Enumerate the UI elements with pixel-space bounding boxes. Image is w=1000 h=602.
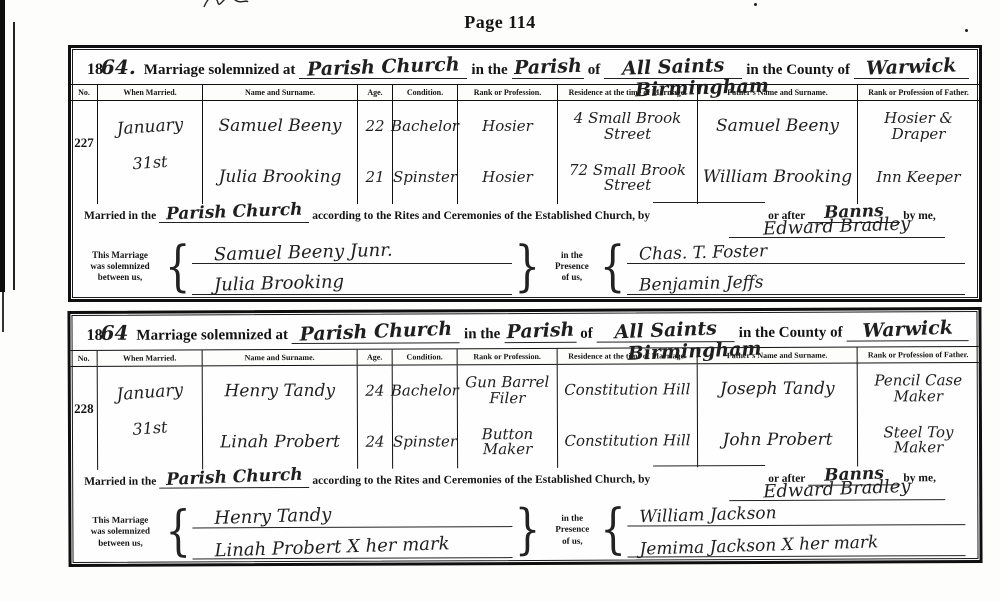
bride-father-name: John Probert	[698, 415, 857, 467]
presence-line1: in the	[546, 513, 598, 524]
col-when-married: When Married.	[98, 85, 203, 100]
entry-row-228: 228 January 31st Henry Tandy Linah Probe…	[71, 363, 979, 470]
witness2-line: Jemima Jackson X her mark	[628, 531, 966, 557]
in-the-label: in the	[460, 326, 504, 343]
year-handwritten: 64	[100, 321, 128, 345]
groom-signature: Samuel Beeny Junr.	[214, 239, 393, 265]
bride-age: 24	[358, 417, 392, 469]
groom-residence: Constitution Hill	[558, 364, 697, 416]
year: 1864.	[83, 55, 140, 79]
when-married-cell: January 31st	[98, 366, 203, 469]
couple-signatures: Henry Tandy Linah Probert X her mark	[193, 502, 513, 559]
year: 1864	[82, 321, 132, 345]
bride-signature-line: Julia Brooking	[192, 270, 512, 295]
officiant-signature: Edward Bradley	[729, 478, 945, 501]
couple-signatures: Samuel Beeny Junr. Julia Brooking	[192, 239, 512, 295]
entry-row-227: 227 January 31st Samuel Beeny Julia Broo…	[71, 101, 979, 204]
county-blank: Warwick	[854, 56, 969, 79]
col-name-surname: Name and Surname.	[203, 350, 358, 366]
place-value: Parish Church	[299, 318, 452, 346]
presence-label: in the Presence of us,	[546, 513, 598, 547]
witness2-signature: Jemima Jackson X her mark	[640, 532, 879, 559]
marriage-month: January	[97, 379, 202, 407]
in-the-label: in the	[467, 62, 511, 79]
according-label: according to the Rites and Ceremonies of…	[309, 210, 653, 222]
col-rank-profession: Rank or Profession.	[458, 349, 558, 364]
parish-name-blank: All SaintsBirmingham	[604, 56, 742, 79]
bride-residence: Constitution Hill	[558, 416, 697, 468]
parish-value: Parish	[513, 55, 582, 79]
col-rank-profession: Rank or Profession.	[458, 85, 558, 100]
groom-name: Samuel Beeny	[203, 101, 357, 153]
groom-signature: Henry Tandy	[215, 504, 333, 529]
witness2-signature: Benjamin Jeffs	[639, 272, 764, 295]
witness2-line: Benjamin Jeffs	[627, 270, 965, 295]
bride-father-name: William Brooking	[698, 153, 857, 205]
this-marriage-line1: This Marriage	[77, 515, 163, 527]
county-blank: Warwick	[846, 318, 968, 342]
groom-profession: Hosier	[458, 101, 557, 153]
open-brace: {	[598, 503, 628, 557]
solemnized-at-label: Marriage solemnized at	[132, 327, 292, 345]
bride-name: Julia Brooking	[203, 153, 357, 205]
witness1-signature: Chas. T. Foster	[639, 241, 768, 264]
witness-signatures: William Jackson Jemima Jackson X her mar…	[628, 500, 966, 557]
name-cell: Samuel Beeny Julia Brooking	[203, 101, 358, 204]
father-name-cell: Joseph Tandy John Probert	[698, 364, 858, 468]
condition-cell: Bachelor Spinster	[393, 365, 458, 468]
groom-profession: Gun Barrel Filer	[458, 365, 557, 417]
officiant-name: Edward Bradley	[763, 476, 911, 503]
bride-signature: Julia Brooking	[214, 271, 345, 295]
condition-cell: Bachelor Spinster	[393, 101, 458, 204]
married-in-the-label: Married in the	[81, 210, 159, 222]
bride-condition: Spinster	[393, 153, 457, 205]
bride-name: Linah Probert	[203, 417, 357, 469]
this-marriage-label: This Marriage was solemnized between us,	[77, 250, 163, 284]
groom-father-profession: Hosier & Draper	[858, 101, 979, 153]
page-number-title: Page 114	[0, 12, 1000, 33]
bride-signature-line: Linah Probert X her mark	[193, 533, 513, 559]
officiant-signature: Edward Bradley	[729, 216, 945, 238]
by-blank	[653, 465, 765, 466]
groom-signature-line: Henry Tandy	[193, 502, 513, 528]
witness-signatures: Chas. T. Foster Benjamin Jeffs	[627, 239, 965, 295]
age-cell: 22 21	[358, 101, 393, 204]
groom-residence: 4 Small Brook Street	[558, 101, 697, 153]
married-place-blank: Parish Church	[159, 467, 309, 489]
bride-age: 21	[358, 153, 392, 205]
bride-residence: 72 Small Brook Street	[558, 153, 697, 205]
ink-squiggle	[200, 0, 250, 11]
county-value: Warwick	[862, 317, 953, 343]
signature-row: This Marriage was solemnized between us,…	[71, 236, 979, 297]
married-place-blank: Parish Church	[159, 202, 309, 223]
parish-blank: Parish	[512, 56, 584, 79]
entry-number: 227	[71, 135, 97, 151]
this-marriage-line3: between us,	[77, 272, 163, 283]
col-name-surname: Name and Surname.	[203, 85, 358, 100]
bride-profession: Hosier	[458, 153, 557, 205]
this-marriage-line2: was solemnized	[77, 526, 163, 538]
according-label: according to the Rites and Ceremonies of…	[309, 473, 653, 487]
marriage-day: 31st	[97, 415, 202, 442]
officiant-name: Edward Bradley	[763, 213, 911, 239]
this-marriage-line2: was solemnized	[77, 261, 163, 272]
register-block-227: 1864. Marriage solemnized at Parish Chur…	[68, 45, 982, 302]
signature-row: This Marriage was solemnized between us,…	[71, 498, 979, 562]
place-value: Parish Church	[307, 53, 460, 80]
number-cell: 227	[71, 101, 98, 204]
scan-edge-line-lower	[2, 292, 4, 332]
col-condition: Condition.	[393, 349, 458, 364]
presence-label: in the Presence of us,	[546, 250, 598, 284]
scan-edge-bar	[0, 0, 5, 292]
this-marriage-line1: This Marriage	[77, 250, 163, 261]
groom-signature-line: Samuel Beeny Junr.	[192, 239, 512, 264]
parish-name-blank: All SaintsBirmingham	[597, 319, 735, 343]
by-blank	[653, 202, 765, 203]
presence-line2: Presence	[546, 261, 598, 272]
marriage-day: 31st	[97, 149, 202, 175]
married-place-value: Parish Church	[166, 200, 303, 225]
groom-condition: Bachelor	[393, 101, 457, 153]
when-married-cell: January 31st	[98, 101, 203, 204]
parish-blank: Parish	[504, 320, 576, 343]
bride-signature: Linah Probert X her mark	[215, 533, 451, 561]
col-age: Age.	[358, 350, 393, 365]
name-cell: Henry Tandy Linah Probert	[203, 366, 358, 470]
open-brace: {	[163, 504, 193, 558]
witness1-signature: William Jackson	[639, 503, 777, 527]
solemnized-at-label: Marriage solemnized at	[140, 62, 300, 79]
register-header: 1864 Marriage solemnized at Parish Churc…	[70, 310, 978, 350]
county-value: Warwick	[866, 54, 957, 79]
register-block-228: 1864 Marriage solemnized at Parish Churc…	[67, 307, 982, 567]
married-place-value: Parish Church	[166, 465, 303, 490]
father-profession-cell: Pencil Case Maker Steel Toy Maker	[858, 363, 979, 467]
presence-line2: Presence	[546, 524, 598, 535]
col-condition: Condition.	[393, 85, 458, 100]
place-blank: Parish Church	[299, 56, 467, 79]
number-cell: 228	[71, 367, 98, 470]
open-brace: {	[598, 240, 627, 294]
groom-age: 24	[358, 366, 392, 418]
register-header: 1864. Marriage solemnized at Parish Chur…	[71, 48, 979, 84]
bride-condition: Spinster	[393, 417, 457, 469]
of-label: of	[576, 326, 597, 343]
marriage-month: January	[97, 113, 202, 140]
bride-father-profession: Steel Toy Maker	[858, 415, 979, 467]
groom-father-name: Joseph Tandy	[698, 364, 857, 416]
presence-line3: of us,	[546, 272, 598, 283]
bride-profession: Button Maker	[458, 416, 557, 468]
parish-value: Parish	[506, 319, 575, 344]
this-marriage-label: This Marriage was solemnized between us,	[77, 515, 163, 549]
groom-age: 22	[358, 101, 392, 153]
scanned-register-page: Page 114 1864. Marriage solemnized at Pa…	[0, 0, 1000, 602]
residence-cell: Constitution Hill Constitution Hill	[558, 364, 698, 468]
of-label: of	[584, 62, 605, 79]
witness1-line: William Jackson	[628, 500, 966, 526]
entry-number: 228	[71, 401, 97, 417]
scan-edge-line	[13, 22, 15, 290]
father-profession-cell: Hosier & Draper Inn Keeper	[858, 101, 979, 204]
close-brace: }	[513, 503, 543, 557]
presence-line3: of us,	[546, 535, 598, 546]
close-brace: }	[512, 240, 541, 294]
this-marriage-line3: between us,	[77, 537, 163, 549]
residence-cell: 4 Small Brook Street 72 Small Brook Stre…	[558, 101, 698, 204]
ink-dot	[754, 3, 757, 6]
profession-cell: Hosier Hosier	[458, 101, 558, 204]
open-brace: {	[163, 240, 192, 294]
col-when-married: When Married.	[98, 350, 203, 365]
groom-father-profession: Pencil Case Maker	[858, 363, 979, 415]
groom-father-name: Samuel Beeny	[698, 101, 857, 153]
year-handwritten: 64.	[101, 55, 136, 79]
married-in-the-label: Married in the	[81, 476, 159, 488]
col-no: No.	[71, 85, 98, 100]
col-no: No.	[71, 351, 98, 366]
place-blank: Parish Church	[292, 320, 460, 344]
profession-cell: Gun Barrel Filer Button Maker	[458, 365, 558, 468]
presence-line1: in the	[546, 250, 598, 261]
column-header-row: No. When Married. Name and Surname. Age.…	[71, 84, 979, 101]
groom-name: Henry Tandy	[203, 366, 357, 418]
col-age: Age.	[358, 85, 393, 100]
col-father-profession: Rank or Profession of Father.	[858, 85, 979, 100]
witness1-line: Chas. T. Foster	[627, 239, 965, 264]
bride-father-profession: Inn Keeper	[858, 153, 979, 205]
groom-condition: Bachelor	[393, 365, 457, 417]
father-name-cell: Samuel Beeny William Brooking	[698, 101, 858, 204]
age-cell: 24 24	[358, 366, 393, 469]
parish-note-value: Birmingham	[634, 75, 769, 102]
col-father-profession: Rank or Profession of Father.	[858, 347, 979, 363]
